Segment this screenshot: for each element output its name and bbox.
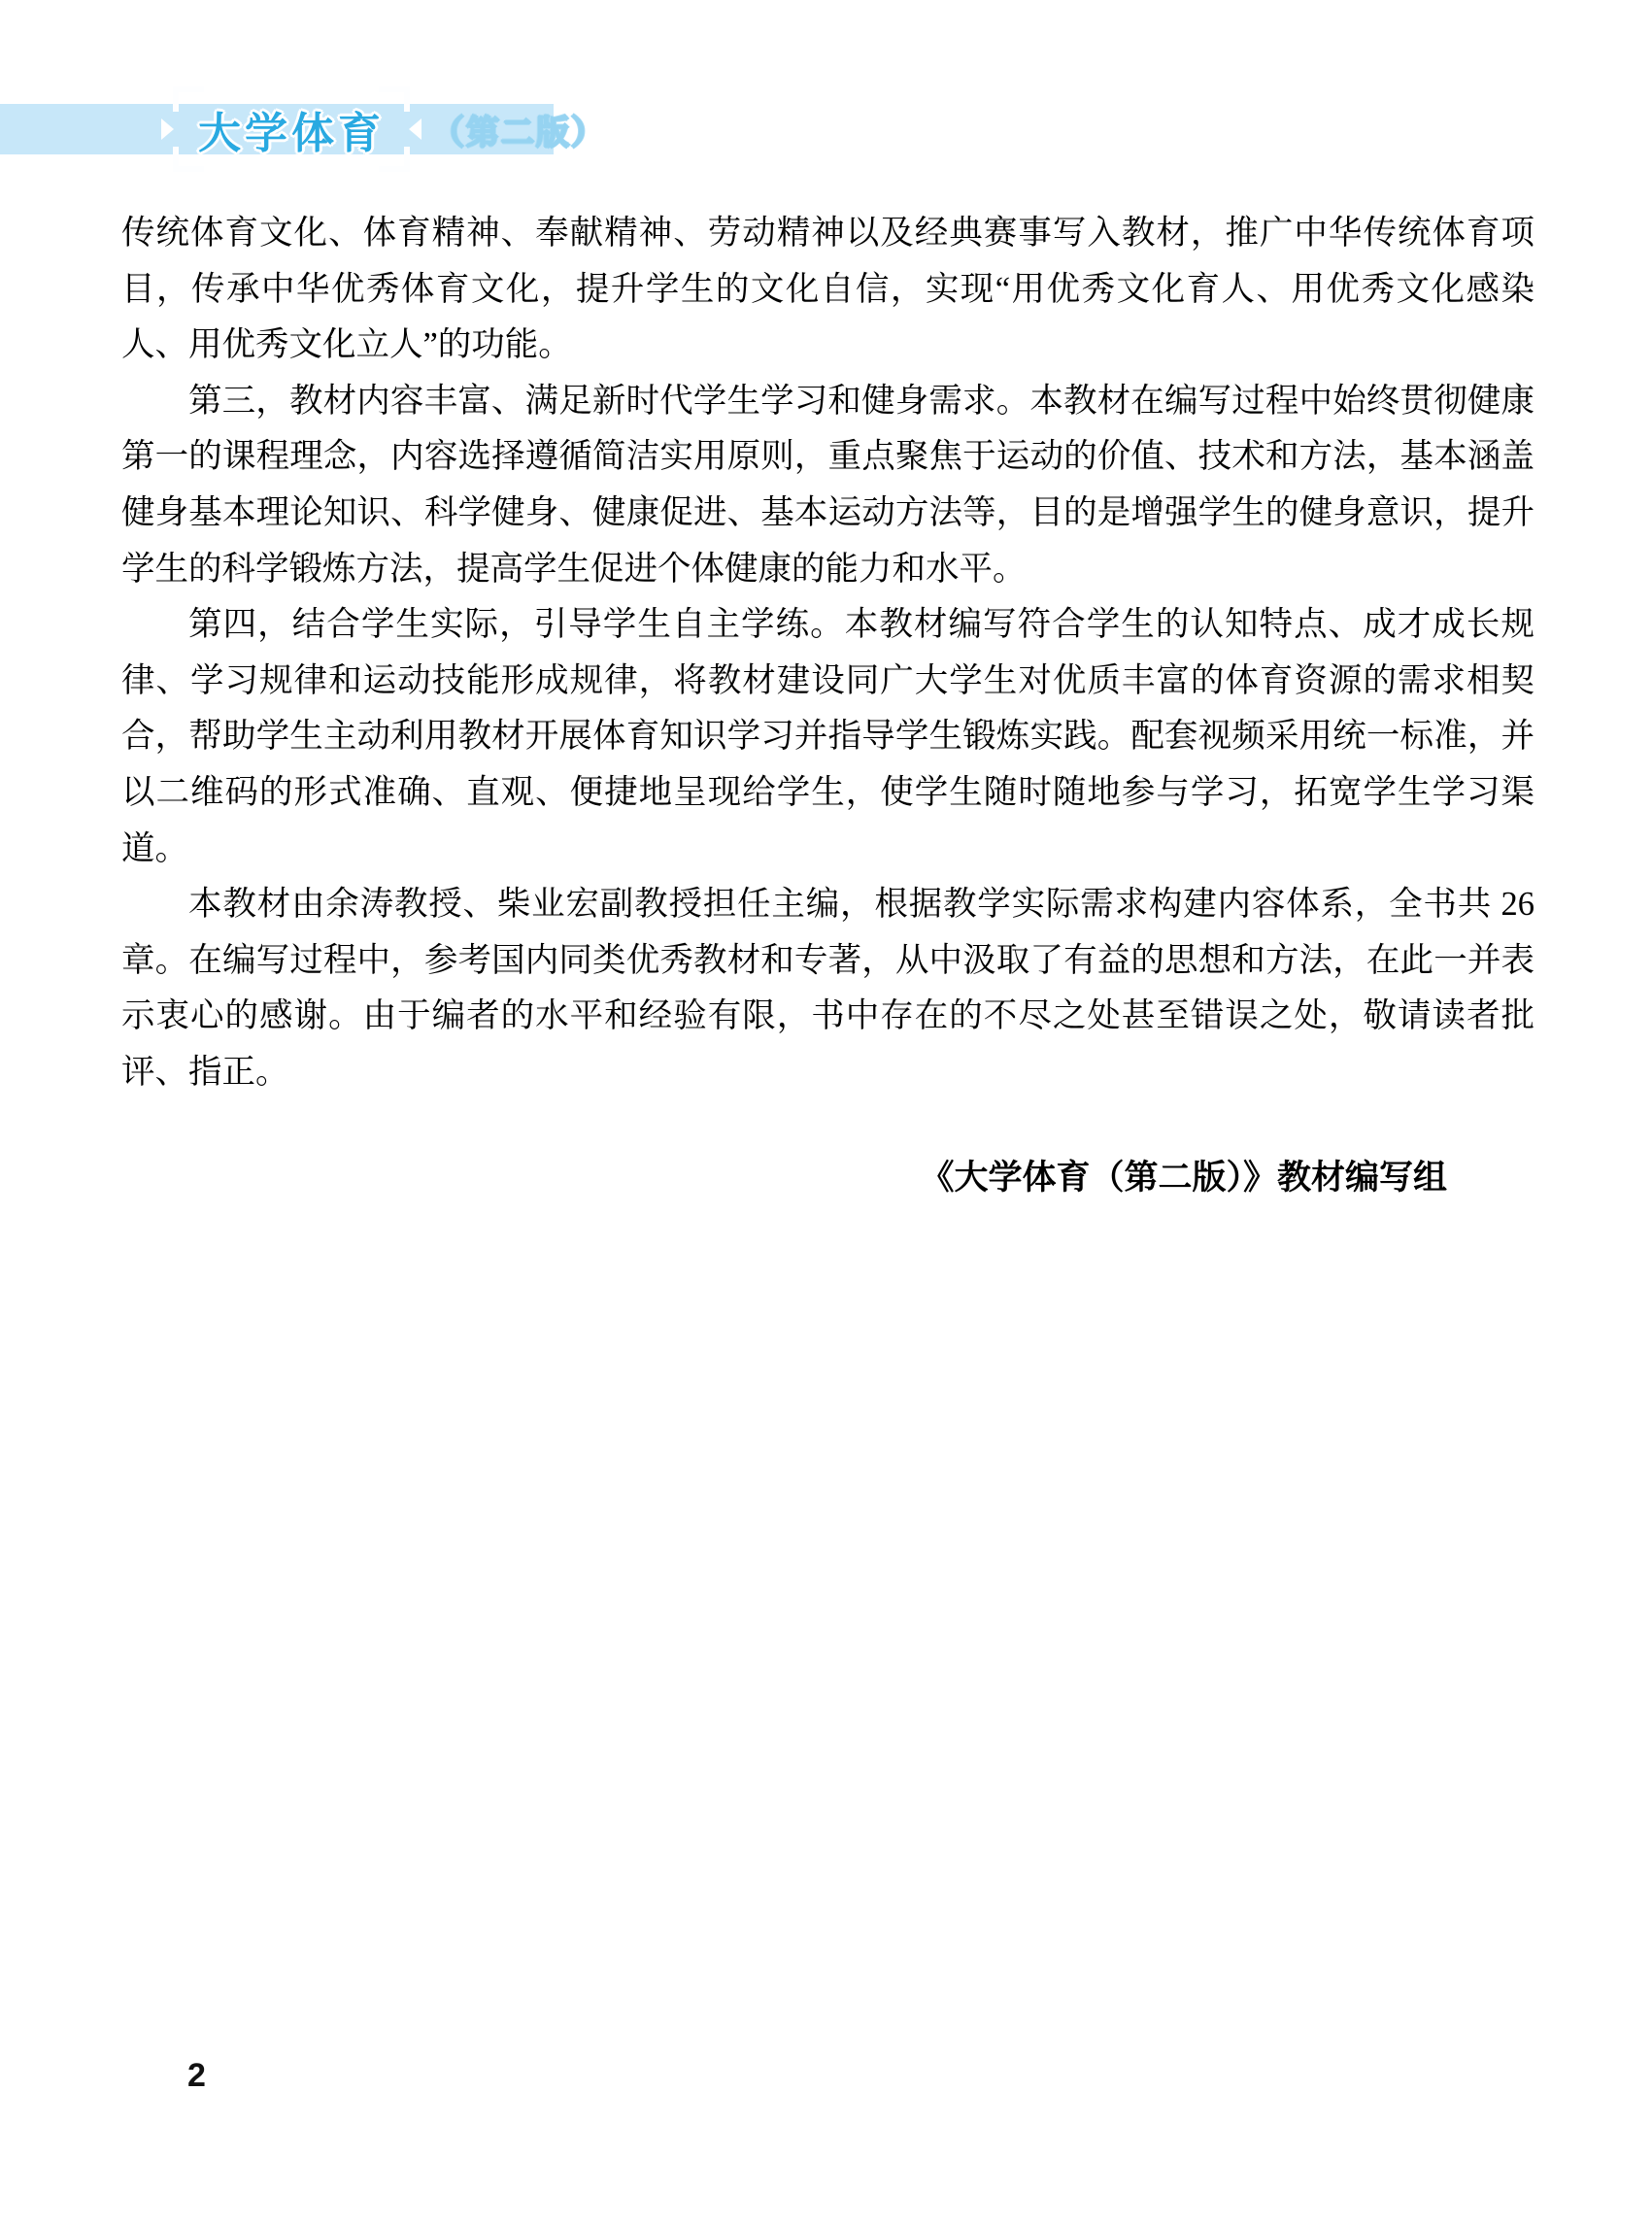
corner-bracket-bottom-right-icon — [379, 147, 410, 172]
corner-bracket-top-left-icon — [173, 86, 204, 112]
paragraph: 第三，教材内容丰富、满足新时代学生学习和健身需求。本教材在编写过程中始终贯彻健康… — [121, 374, 1534, 597]
arrow-right-icon — [161, 118, 174, 140]
corner-bracket-top-right-icon — [379, 86, 410, 112]
corner-bracket-bottom-left-icon — [173, 147, 204, 172]
arrow-left-icon — [409, 118, 421, 140]
paragraph: 传统体育文化、体育精神、奉献精神、劳动精神以及经典赛事写入教材，推广中华传统体育… — [121, 206, 1534, 374]
preface-text-block: 传统体育文化、体育精神、奉献精神、劳动精神以及经典赛事写入教材，推广中华传统体育… — [121, 206, 1534, 1239]
paragraph: 本教材由余涛教授、柴业宏副教授担任主编，根据教学实际需求构建内容体系，全书共 2… — [121, 877, 1534, 1100]
editorial-group-signature: 《大学体育（第二版）》教材编写组 — [121, 1150, 1534, 1206]
book-title: 大学体育 — [198, 98, 385, 160]
paragraph: 第四，结合学生实际，引导学生自主学练。本教材编写符合学生的认知特点、成才成长规律… — [121, 597, 1534, 877]
book-edition-label: （第二版） — [431, 106, 606, 153]
page-number: 2 — [187, 2057, 206, 2095]
page-header-banner: 大学体育 （第二版） — [0, 104, 554, 154]
banner-title-box: 大学体育 — [173, 96, 410, 162]
